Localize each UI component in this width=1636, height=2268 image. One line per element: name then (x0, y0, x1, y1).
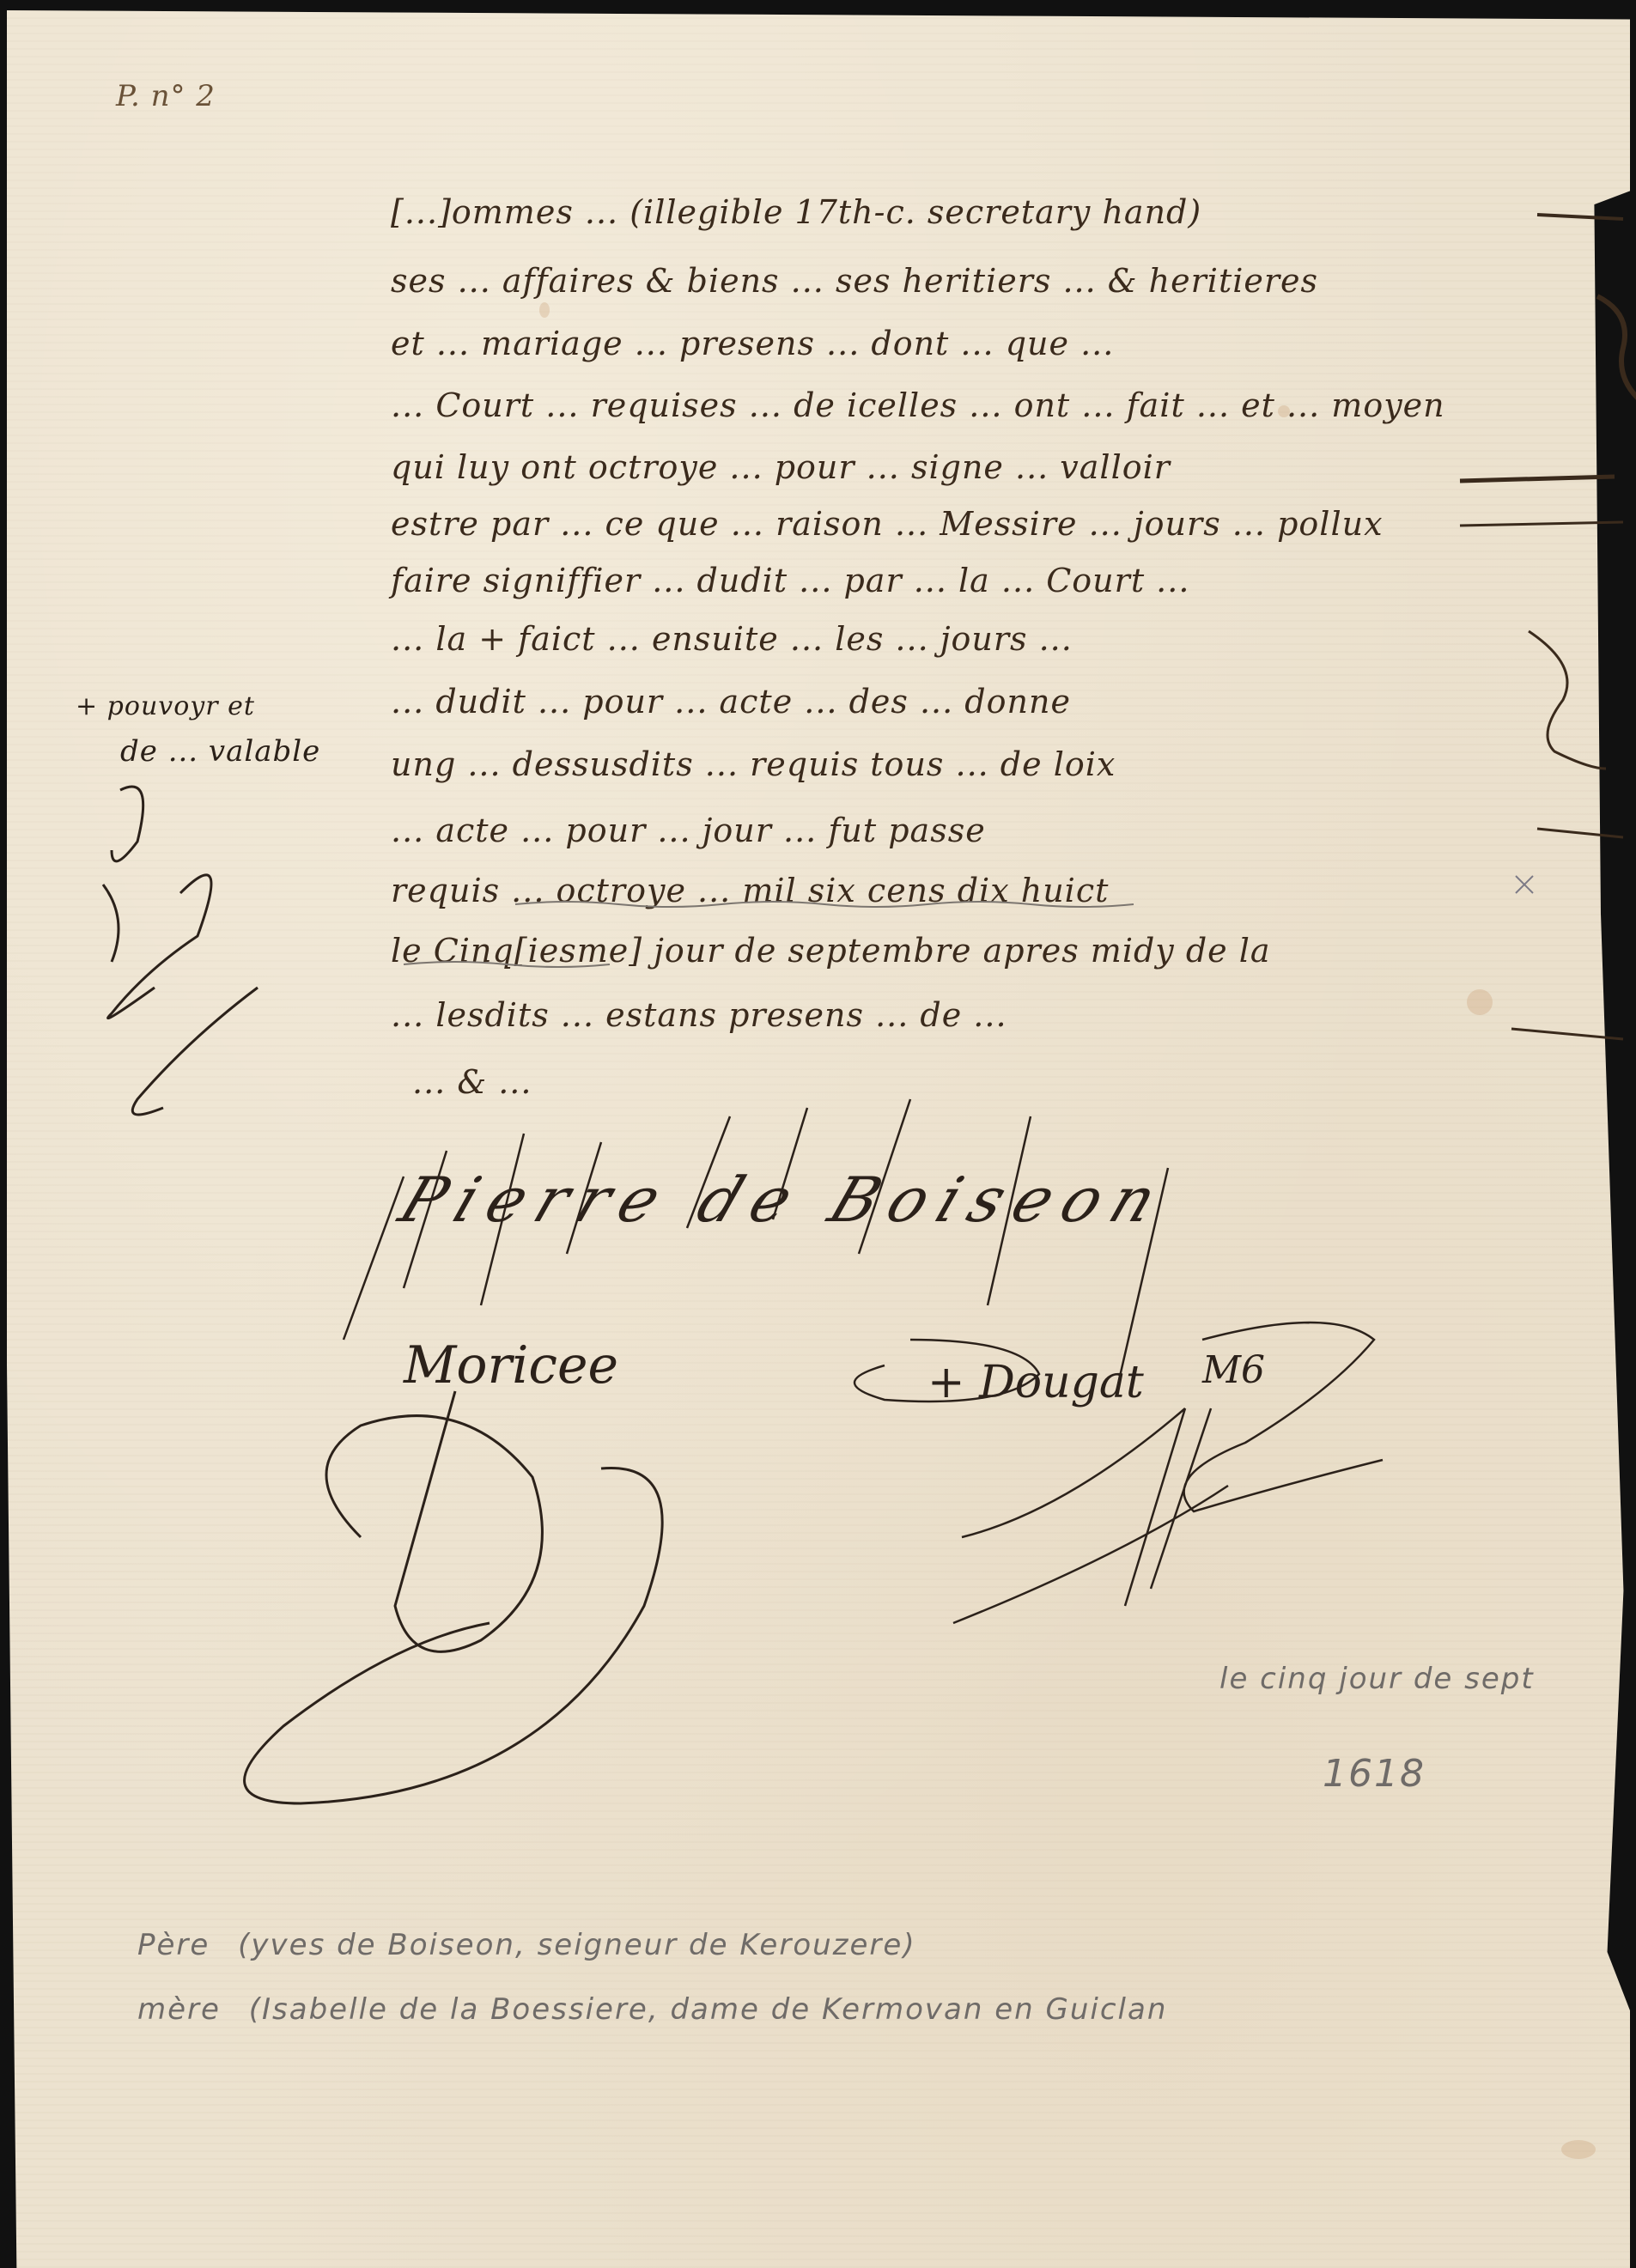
genealogy-label: mère (137, 1992, 221, 2027)
genealogy-text: (Isabelle de la Boessiere, dame de Kermo… (249, 1992, 1168, 2027)
genealogy-label: Père (137, 1928, 210, 1962)
signature-right-notary: + Dougat (927, 1357, 1144, 1408)
genealogy-line-father: Père (yves de Boiseon, seigneur de Kerou… (137, 1928, 916, 1962)
signature-main: Pierre de Boiseon (391, 1164, 1178, 1236)
margin-note-line2: de ... valable (120, 734, 320, 769)
signature-left-notary: Moricee (404, 1335, 618, 1395)
genealogy-line-mother: mère (Isabelle de la Boessiere, dame de … (137, 1992, 1167, 2027)
signature-right-suffix: M6 (1202, 1348, 1265, 1392)
margin-note-line1: + pouvoyr et (76, 691, 255, 721)
cross-mark-icon (1516, 876, 1533, 893)
genealogy-text: (yves de Boiseon, seigneur de Kerouzere) (238, 1928, 915, 1962)
pencil-year-note: 1618 (1323, 1752, 1426, 1796)
pencil-date-note: le cinq jour de sept (1219, 1662, 1535, 1696)
